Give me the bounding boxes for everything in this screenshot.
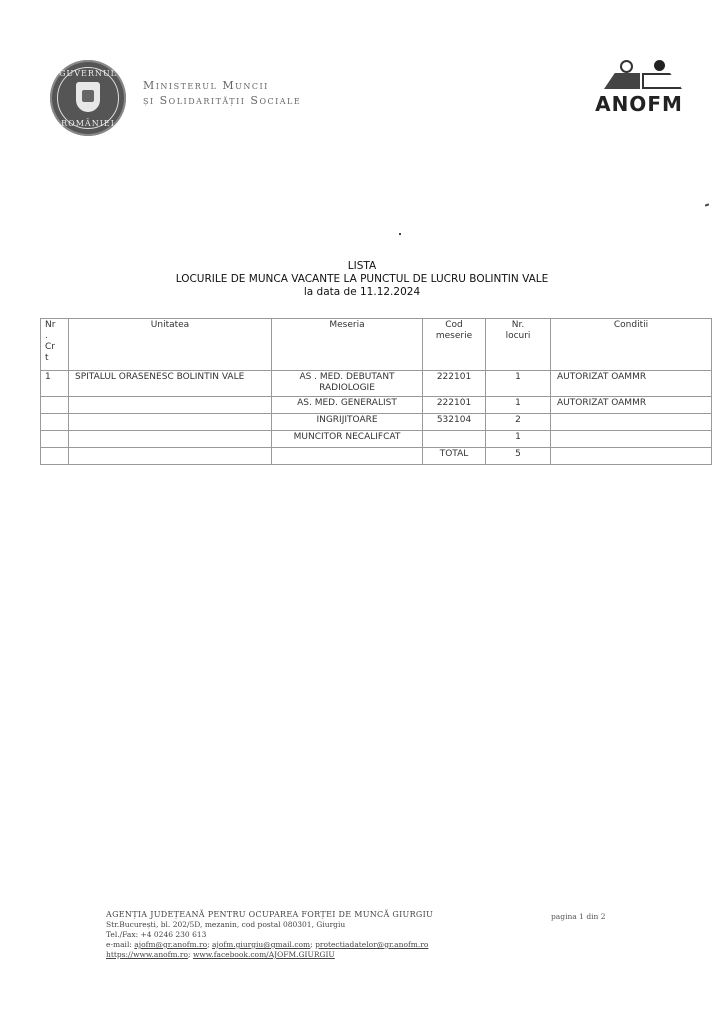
cell-locuri: 2 [486, 414, 551, 431]
page-number: pagina 1 din 2 [551, 912, 606, 921]
table-header-row: Nr . Cr t Unitatea Meseria Cod meserie N… [41, 319, 712, 371]
cell-cod: 222101 [423, 397, 486, 414]
scan-speck [399, 233, 401, 235]
title-line1: LISTA [0, 260, 724, 273]
cell-conditii: AUTORIZAT OAMMR [551, 397, 712, 414]
cell-meseria: INGRIJITOARE [272, 414, 423, 431]
cell-conditii [551, 431, 712, 448]
cell-locuri: 1 [486, 371, 551, 397]
header-nr-crt: Nr . Cr t [41, 319, 69, 371]
footer-web: https://www.anofm.ro; www.facebook.com/A… [106, 950, 433, 960]
cell-nr [41, 431, 69, 448]
table-row: INGRIJITOARE 532104 2 [41, 414, 712, 431]
cell-meseria: MUNCITOR NECALIFCAT [272, 431, 423, 448]
footer-agency-name: AGENȚIA JUDEȚEANĂ PENTRU OCUPAREA FORȚEI… [106, 910, 433, 920]
header-nr-locuri: Nr. locuri [486, 319, 551, 371]
coat-of-arms-icon [76, 82, 100, 112]
table-row: AS. MED. GENERALIST 222101 1 AUTORIZAT O… [41, 397, 712, 414]
table-row: MUNCITOR NECALIFCAT 1 [41, 431, 712, 448]
footer-emails: e-mail: ajofm@gr.anofm.ro; ajofm.giurgiu… [106, 940, 433, 950]
email-link-2[interactable]: ajofm.giurgiu@gmail.com [212, 940, 310, 949]
people-figures-icon [592, 58, 684, 88]
cell-unitatea [69, 414, 272, 431]
cell-cod: 532104 [423, 414, 486, 431]
document-title: LISTA LOCURILE DE MUNCA VACANTE LA PUNCT… [0, 260, 724, 299]
cell-unitatea: SPITALUL ORASENESC BOLINTIN VALE [69, 371, 272, 397]
email-link-1[interactable]: ajofm@gr.anofm.ro [134, 940, 207, 949]
cell-meseria: AS. MED. GENERALIST [272, 397, 423, 414]
cell-cod [423, 431, 486, 448]
seal-bottom-text: ROMÂNIEI [50, 119, 126, 128]
scan-speck [705, 203, 709, 206]
email-label: e-mail: [106, 940, 134, 949]
email-link-3[interactable]: protectiadatelor@gr.anofm.ro [315, 940, 428, 949]
cell-unitatea [69, 397, 272, 414]
header-conditii: Conditii [551, 319, 712, 371]
cell-cod: 222101 [423, 371, 486, 397]
cell-unitatea [69, 431, 272, 448]
vacancies-table: Nr . Cr t Unitatea Meseria Cod meserie N… [40, 318, 712, 465]
cell-unitatea [69, 448, 272, 465]
header-cod-meserie: Cod meserie [423, 319, 486, 371]
title-line2: LOCURILE DE MUNCA VACANTE LA PUNCTUL DE … [0, 273, 724, 286]
ministry-line2: și Solidarității Sociale [143, 93, 301, 108]
ministry-line1: Ministerul Muncii [143, 78, 301, 93]
cell-nr [41, 397, 69, 414]
title-line3: la data de 11.12.2024 [0, 286, 724, 299]
cell-conditii [551, 448, 712, 465]
cell-nr [41, 414, 69, 431]
footer-phone: Tel./Fax: +4 0246 230 613 [106, 930, 433, 940]
cell-total-value: 5 [486, 448, 551, 465]
facebook-link[interactable]: www.facebook.com/AJOFM.GIURGIU [193, 950, 335, 959]
cell-nr: 1 [41, 371, 69, 397]
cell-meseria: AS . MED. DEBUTANT RADIOLOGIE [272, 371, 423, 397]
cell-conditii [551, 414, 712, 431]
cell-total-label: TOTAL [423, 448, 486, 465]
website-link[interactable]: https://www.anofm.ro [106, 950, 188, 959]
cell-nr [41, 448, 69, 465]
table-total-row: TOTAL 5 [41, 448, 712, 465]
seal-top-text: GUVERNUL [50, 69, 126, 78]
ministry-name: Ministerul Muncii și Solidarității Socia… [143, 78, 301, 108]
cell-locuri: 1 [486, 431, 551, 448]
cell-conditii: AUTORIZAT OAMMR [551, 371, 712, 397]
header-unitatea: Unitatea [69, 319, 272, 371]
anofm-logo: ANOFM [574, 58, 704, 120]
government-seal-logo: GUVERNUL ROMÂNIEI [50, 60, 126, 136]
footer-address: Str.București, bl. 202/5D, mezanin, cod … [106, 920, 433, 930]
cell-locuri: 1 [486, 397, 551, 414]
cell-meseria [272, 448, 423, 465]
table-row: 1 SPITALUL ORASENESC BOLINTIN VALE AS . … [41, 371, 712, 397]
header-meseria: Meseria [272, 319, 423, 371]
anofm-wordmark: ANOFM [574, 92, 704, 116]
footer-contact: AGENȚIA JUDEȚEANĂ PENTRU OCUPAREA FORȚEI… [106, 910, 433, 960]
